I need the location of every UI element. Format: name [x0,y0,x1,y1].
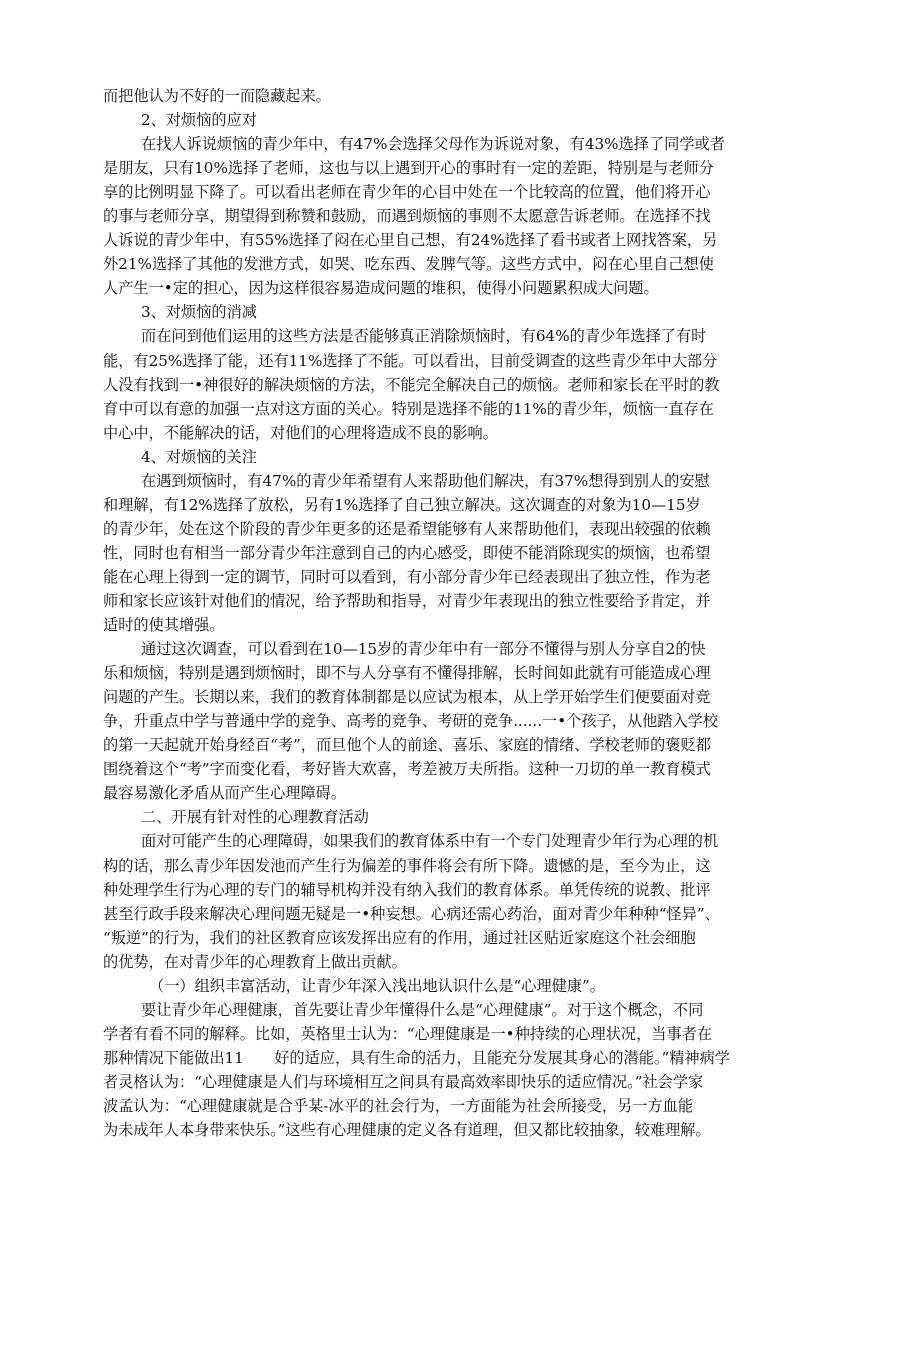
document-page: 而把他认为不好的一而隐藏起来。2、对烦恼的应对在找人诉说烦恼的青少年中，有47%… [103,84,823,1142]
paragraph-start-line: 3、对烦恼的消减 [103,300,823,324]
text-line: 为未成年人本身带来快乐。”这些有心理健康的定义各有道理，但又都比较抽象，较难理解… [103,1118,823,1142]
paragraph-start-line: 在找人诉说烦恼的青少年中，有47%会选择父母作为诉说对象，有43%选择了同学或者 [103,132,823,156]
text-line: 育中可以有意的加强一点对这方面的关心。特别是选择不能的11%的青少年，烦恼一直存… [103,397,823,421]
text-line: 那种情况下能做出11 好的适应，具有生命的活力，且能充分发展其身心的潜能。”精神… [103,1046,823,1070]
text-line: 人产生一•定的担心，因为这样很容易造成问题的堆积，使得小问题累积成大问题。 [103,276,823,300]
text-line: 的青少年，处在这个阶段的青少年更多的还是希望能够有人来帮助他们，表现出较强的依赖 [103,517,823,541]
text-line: 享的比例明显下降了。可以看出老师在青少年的心目中处在一个比较高的位置，他们将开心 [103,180,823,204]
text-line: 能，有25%选择了能，还有11%选择了不能。可以看出，目前受调查的这些青少年中大… [103,349,823,373]
text-line: 能在心理上得到一定的调节，同时可以看到，有小部分青少年已经表现出了独立性，作为老 [103,565,823,589]
text-line: 乐和烦恼，特别是遇到烦恼时，即不与人分享有不懂得排解，长时间如此就有可能造成心理 [103,661,823,685]
text-line: 问题的产生。长期以来，我们的教育体制都是以应试为根本，从上学开始学生们便要面对竞 [103,685,823,709]
text-line: 构的话，那么青少年因发池而产生行为偏差的事件将会有所下降。遗憾的是，至今为止，这 [103,854,823,878]
paragraph-start-line: 面对可能产生的心理障碍，如果我们的教育体系中有一个专门处理青少年行为心理的机 [103,829,823,853]
paragraph-start-line: 通过这次调查，可以看到在10—15岁的青少年中有一部分不懂得与别人分享自2的快 [103,637,823,661]
text-line: 性，同时也有相当一部分青少年注意到自己的内心感受，即使不能消除现实的烦恼，也希望 [103,541,823,565]
text-line: 的第一天起就开始身经百“考”，而旦他个人的前途、喜乐、家庭的情绪、学校老师的褒贬… [103,733,823,757]
paragraph-start-line: 在遇到烦恼时，有47%的青少年希望有人来帮助他们解决，有37%想得到别人的安慰 [103,469,823,493]
text-line: 和理解，有12%选择了放松，另有1%选择了自己独立解决。这次调查的对象为10—1… [103,493,823,517]
text-line: 人诉说的青少年中，有55%选择了闷在心里自己想，有24%选择了看书或者上网找答案… [103,228,823,252]
text-line: 甚至行政手段来解决心理问题无疑是一•种妄想。心病还需心药治，面对青少年种种“怪异… [103,902,823,926]
text-line: 外21%选择了其他的发泄方式，如哭、吃东西、发脾气等。这些方式中，闷在心里自己想… [103,252,823,276]
text-line: 适时的使其增强。 [103,613,823,637]
text-line: “叛逆”的行为，我们的社区教育应该发挥出应有的作用，通过社区贴近家庭这个社会细胞 [103,926,823,950]
text-line: 最容易激化矛盾从而产生心理障碍。 [103,781,823,805]
text-line: 的事与老师分享，期望得到称赞和鼓励，而遇到烦恼的事则不太愿意告诉老师。在选择不找 [103,204,823,228]
text-line: 围绕着这个“考”字而变化看，考好皆大欢喜，考差被万夫所指。这种一刀切的单一教育模… [103,757,823,781]
paragraph-start-line: 二、开展有针对性的心理教育活动 [103,805,823,829]
text-line: 种处理学生行为心理的专门的辅导机构并没有纳入我们的教育体系。单凭传统的说教、批评 [103,878,823,902]
text-line: 的优势，在对青少年的心理教育上做出贡献。 [103,950,823,974]
text-line: 中心中，不能解决的话，对他们的心理将造成不良的影响。 [103,421,823,445]
text-line: 是朋友，只有10%选择了老师，这也与以上遇到开心的事时有一定的差距，特别是与老师… [103,156,823,180]
paragraph-start-line: 4、对烦恼的关注 [103,445,823,469]
text-line: 波孟认为：“心理健康就是合乎某-冰平的社会行为，一方面能为社会所接受，另一方血能 [103,1094,823,1118]
text-line: 学者有看不同的解释。比如，英格里士认为：“心理健康是一•种持续的心理状况，当事者… [103,1022,823,1046]
text-line: 争，升重点中学与普通中学的竞争、高考的竞争、考研的竞争......一•个孩子，从… [103,709,823,733]
text-line: 者灵格认为：“心理健康是人们与环境相互之间具有最高效率即快乐的适应情况。”社会学… [103,1070,823,1094]
text-line: 人没有找到一•神很好的解决烦恼的方法，不能完全解决自己的烦恼。老师和家长在平时的… [103,373,823,397]
paragraph-start-line: （一）组织丰富活动，让青少年深入浅出地认识什么是“心理健康”。 [103,974,823,998]
paragraph-start-line: 要让青少年心理健康，首先要让青少年懂得什么是“心理健康”。对于这个概念，不同 [103,998,823,1022]
text-line: 而把他认为不好的一而隐藏起来。 [103,84,823,108]
paragraph-start-line: 而在问到他们运用的这些方法是否能够真正消除烦恼时，有64%的青少年选择了有时 [103,324,823,348]
paragraph-start-line: 2、对烦恼的应对 [103,108,823,132]
text-line: 师和家长应该针对他们的情况，给予帮助和指导，对青少年表现出的独立性要给予肯定，并 [103,589,823,613]
